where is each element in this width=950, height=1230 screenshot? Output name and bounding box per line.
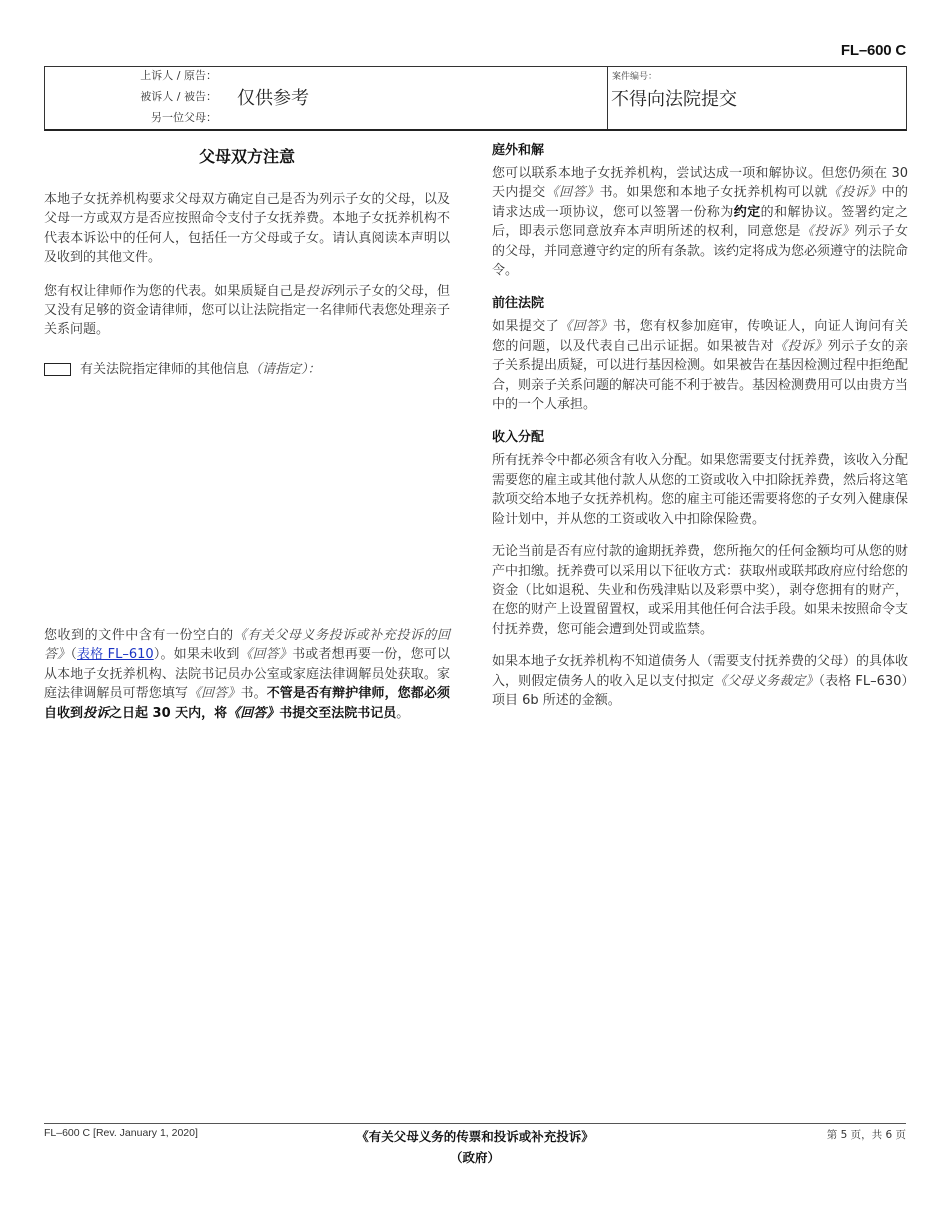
settlement-paragraph: 您可以联系本地子女抚养机构，尝试达成一项和解协议。但您仍须在 30 天内提交《回… <box>492 164 908 280</box>
court-paragraph: 如果提交了《回答》书，您有权参加庭审，传唤证人，向证人询问有关您的问题，以及代表… <box>492 317 908 414</box>
footer-title-line1: 《有关父母义务的传票和投诉或补充投诉》 <box>300 1126 650 1147</box>
party-label-defendant: 被诉人 / 被告： <box>37 88 217 106</box>
italic-term: 《投诉》 <box>801 224 855 239</box>
text-span: （ <box>70 647 77 662</box>
italic-term: 《投诉》 <box>828 185 882 200</box>
checkbox-label-italic: （请指定）： <box>249 362 321 377</box>
page-title: 父母双方注意 <box>44 146 450 176</box>
party-names-section: 上诉人 / 原告： 被诉人 / 被告： 仅供参考 另一位父母： <box>45 67 608 129</box>
bold-term: 约定 <box>734 205 761 220</box>
party-label-plaintiff: 上诉人 / 原告： <box>37 67 217 85</box>
text-span: 书。 <box>240 686 266 701</box>
deadline-warning: 之日起 30 天内，将 <box>109 706 227 721</box>
party-value-defendant[interactable]: 仅供参考 <box>237 84 309 110</box>
italic-term: 《回答》 <box>559 319 613 334</box>
italic-term: 《回答》 <box>188 686 240 701</box>
deadline-warning-italic: 投诉 <box>83 706 109 721</box>
text-span: 如果提交了 <box>492 319 559 334</box>
section-heading-court: 前往法院 <box>492 293 908 317</box>
deadline-warning-italic: 《回答》 <box>227 706 279 721</box>
footer-form-title: 《有关父母义务的传票和投诉或补充投诉》 （政府） <box>300 1126 650 1168</box>
text-span: ）。如果未收到 <box>154 647 240 662</box>
income-paragraph-3: 如果本地子女抚养机构不知道债务人（需要支付抚养费的父母）的具体收入，则假定债务人… <box>492 652 908 710</box>
deadline-warning: 书提交至法院书记员 <box>279 706 396 721</box>
appointed-lawyer-label: 有关法院指定律师的其他信息（请指定）： <box>80 360 321 379</box>
footer-page-number: 第 5 页，共 6 页 <box>827 1127 906 1142</box>
case-number-value[interactable]: 不得向法院提交 <box>611 85 737 111</box>
section-heading-income: 收入分配 <box>492 427 908 451</box>
left-column: 父母双方注意 本地子女抚养机构要求父母双方确定自己是否为列示子女的父母，以及父母… <box>44 140 450 382</box>
intro-paragraph: 本地子女抚养机构要求父母双方确定自己是否为列示子女的父母，以及父母一方或双方是否… <box>44 190 450 268</box>
text-span: 您有权让律师作为您的代表。如果质疑自己是 <box>44 284 306 299</box>
form-number: FL–600 C <box>841 42 906 59</box>
appointed-lawyer-checkbox[interactable] <box>44 363 71 376</box>
italic-term: 《回答》 <box>546 185 600 200</box>
party-label-other-parent: 另一位父母： <box>37 109 217 127</box>
text-span: 。 <box>396 706 409 721</box>
case-caption-box: 上诉人 / 原告： 被诉人 / 被告： 仅供参考 另一位父母： 案件编号： 不得… <box>44 66 907 131</box>
italic-term: 投诉 <box>306 284 332 299</box>
lawyer-rights-paragraph: 您有权让律师作为您的代表。如果质疑自己是投诉列示子女的父母，但又没有足够的资金请… <box>44 282 450 340</box>
response-paragraph: 您收到的文件中含有一份空白的《有关父母义务投诉或补充投诉的回答》（表格 FL–6… <box>44 626 450 723</box>
footer-form-revision: FL–600 C [Rev. January 1, 2020] <box>44 1127 198 1139</box>
italic-term: 《回答》 <box>239 647 292 662</box>
case-number-label: 案件编号： <box>612 69 657 82</box>
response-instructions: 您收到的文件中含有一份空白的《有关父母义务投诉或补充投诉的回答》（表格 FL–6… <box>44 626 450 723</box>
footer-title-line2: （政府） <box>300 1147 650 1168</box>
text-span: 书。如果您和本地子女抚养机构可以就 <box>599 185 827 200</box>
footer-divider <box>44 1123 906 1124</box>
income-paragraph-1: 所有抚养令中都必须含有收入分配。如果您需要支付抚养费，该收入分配需要您的雇主或其… <box>492 451 908 529</box>
income-paragraph-2: 无论当前是否有应付款的逾期抚养费，您所拖欠的任何金额均可从您的财产中扣缴。抚养费… <box>492 542 908 639</box>
italic-term: 《投诉》 <box>774 339 828 354</box>
text-span: 您收到的文件中含有一份空白的 <box>44 628 234 643</box>
appointed-lawyer-info-row: 有关法院指定律师的其他信息（请指定）： <box>44 360 450 382</box>
section-heading-settlement: 庭外和解 <box>492 140 908 164</box>
right-column: 庭外和解 您可以联系本地子女抚养机构，尝试达成一项和解协议。但您仍须在 30 天… <box>492 140 908 710</box>
form-fl610-link[interactable]: 表格 FL–610 <box>77 647 154 662</box>
italic-term: 《父母义务裁定》 <box>714 674 818 689</box>
checkbox-label-text: 有关法院指定律师的其他信息 <box>80 362 249 377</box>
